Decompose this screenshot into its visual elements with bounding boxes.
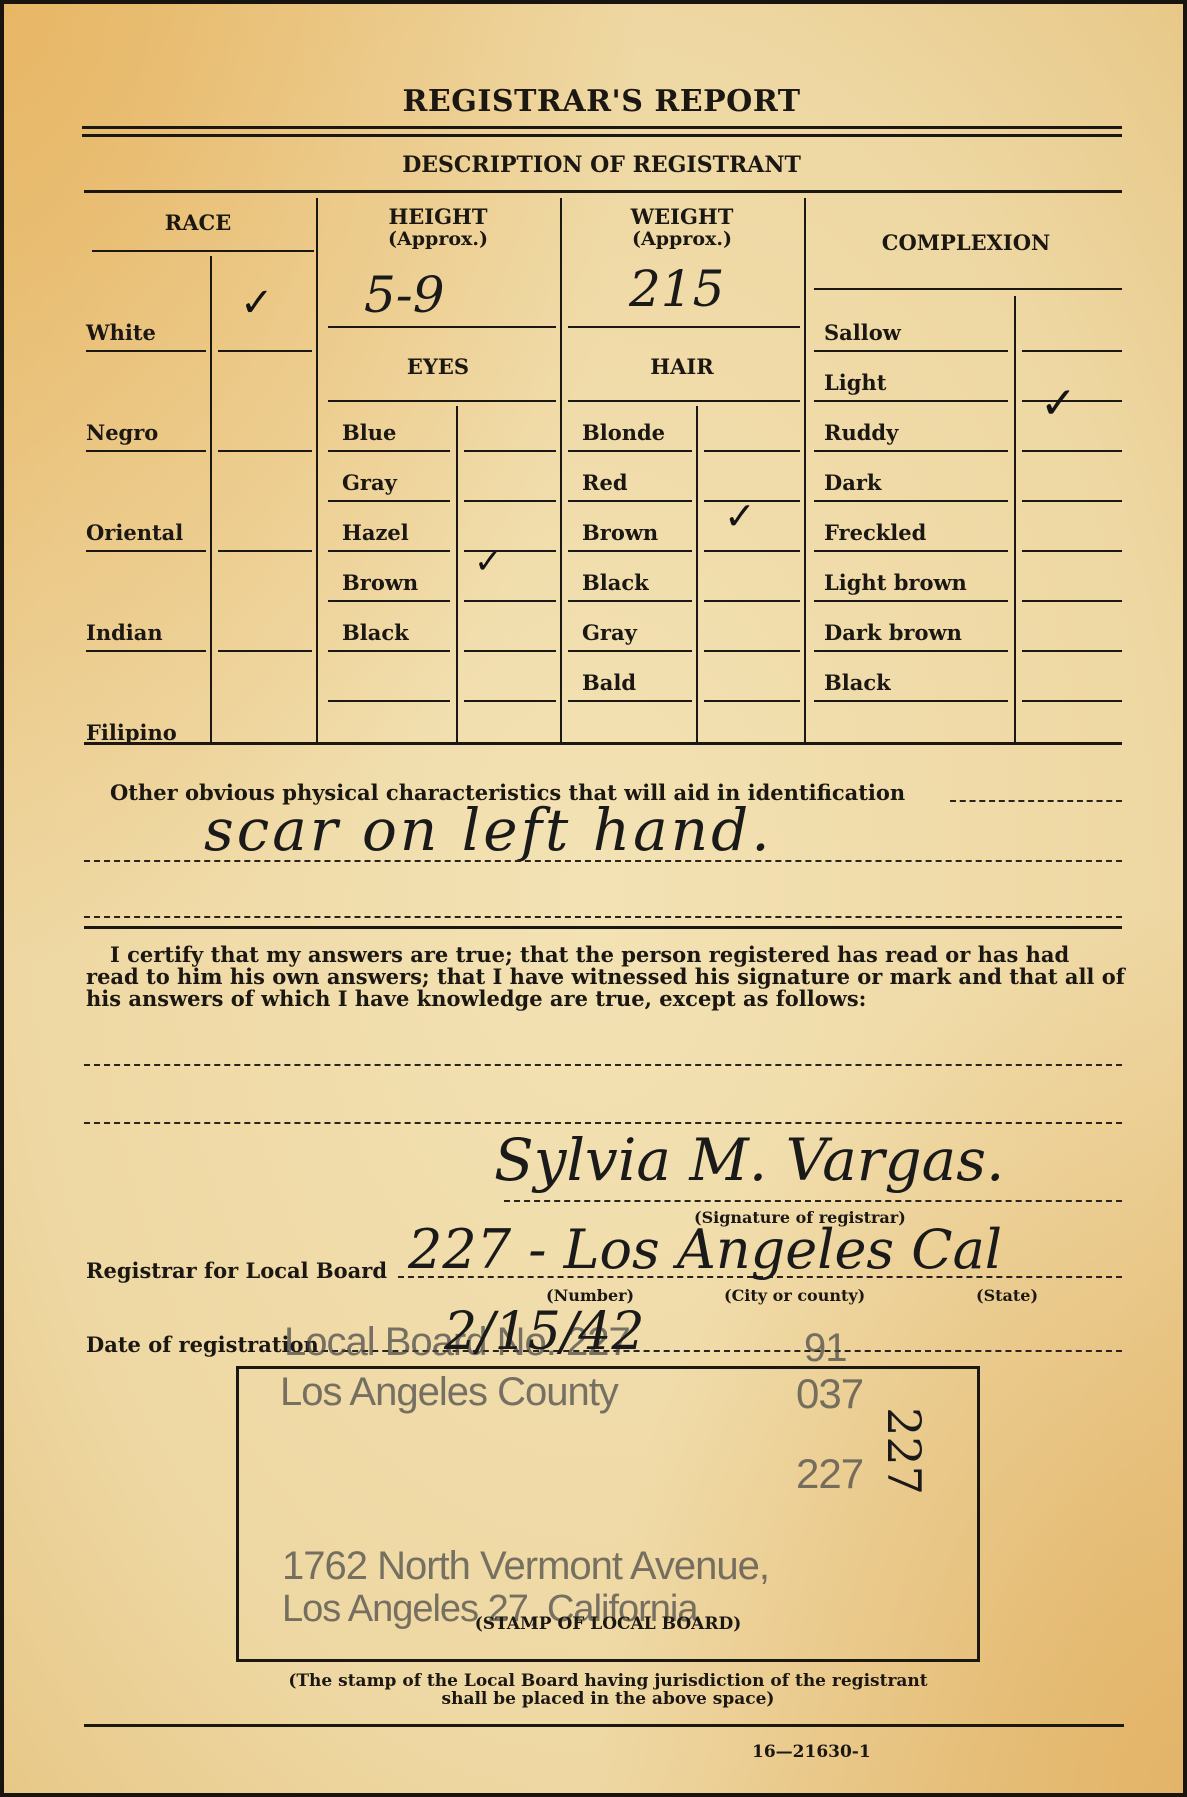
hair-blonde-checkbox[interactable]	[704, 450, 800, 452]
eyes-gray-checkbox[interactable]	[464, 500, 556, 502]
complexion-light-brown-checkbox[interactable]	[1022, 600, 1122, 602]
complexion-sallow-checkbox[interactable]	[1022, 350, 1122, 352]
stamp-address-1: 1762 North Vermont Avenue,	[282, 1544, 769, 1589]
race-option-white: White	[86, 320, 156, 345]
hair-brown-checkbox[interactable]: ✓	[724, 494, 756, 538]
complexion-option-sallow: Sallow	[824, 320, 901, 345]
local-board-input[interactable]: 227 - Los Angeles Cal	[408, 1218, 1002, 1281]
characteristics-dash-2	[84, 860, 1122, 862]
stamp-code-037: 037	[796, 1370, 863, 1418]
height-value[interactable]: 5-9	[364, 266, 445, 324]
complexion-option-dark: Dark	[824, 470, 881, 495]
race-row-rule	[86, 450, 206, 452]
table-top-rule	[84, 190, 1122, 193]
hair-header: HAIR	[564, 356, 800, 378]
eyes-row-rule	[328, 450, 450, 452]
eyes-check-rule	[464, 600, 556, 602]
weight-header: WEIGHT (Approx.)	[564, 206, 800, 250]
eyes-check-rule	[464, 700, 556, 702]
race-header-rule	[92, 250, 314, 252]
local-board-city-caption: (City or county)	[724, 1286, 865, 1305]
height-header-sub: (Approx.)	[320, 228, 556, 250]
title-rule-1	[82, 126, 1122, 129]
complexion-black-checkbox[interactable]	[1022, 700, 1122, 702]
complexion-row-rule	[814, 550, 1008, 552]
stamp-note-line-2: shall be placed in the above space)	[236, 1690, 980, 1708]
complexion-option-light-brown: Light brown	[824, 570, 967, 595]
complexion-option-ruddy: Ruddy	[824, 420, 898, 445]
race-check-divider	[210, 256, 212, 742]
complexion-row-rule	[814, 650, 1008, 652]
race-header: RACE	[84, 212, 312, 234]
race-row-rule	[86, 550, 206, 552]
hair-gray-checkbox[interactable]	[704, 650, 800, 652]
complexion-option-light: Light	[824, 370, 886, 395]
table-bottom-rule	[84, 742, 1122, 745]
hair-bald-checkbox[interactable]	[704, 700, 800, 702]
hair-black-checkbox[interactable]	[704, 600, 800, 602]
complexion-row-rule	[814, 500, 1008, 502]
complexion-option-freckled: Freckled	[824, 520, 926, 545]
hair-row-rule	[568, 650, 692, 652]
hair-row-rule	[568, 550, 692, 552]
characteristics-dash-3	[84, 916, 1122, 918]
race-white-checkbox[interactable]: ✓	[240, 280, 274, 326]
complexion-row-rule	[814, 450, 1008, 452]
eyes-header-rule	[328, 400, 556, 402]
title-rule-2	[82, 134, 1122, 137]
race-check-rule	[218, 350, 312, 352]
stamp-code-227: 227	[796, 1450, 863, 1498]
stamp-handwritten-code: 227	[877, 1407, 931, 1495]
stamp-county: Los Angeles County	[280, 1370, 618, 1415]
hair-header-rule	[568, 400, 800, 402]
race-option-negro: Negro	[86, 420, 158, 445]
stamp-note-line-1: (The stamp of the Local Board having jur…	[236, 1672, 980, 1690]
characteristics-input[interactable]: scar on left hand.	[204, 796, 773, 864]
eyes-check-divider	[456, 406, 458, 742]
hair-row-rule	[568, 450, 692, 452]
exceptions-line-1[interactable]	[84, 1064, 1122, 1066]
footer-rule	[84, 1724, 1124, 1727]
race-negro-checkbox[interactable]	[218, 450, 312, 452]
complexion-row-rule	[814, 600, 1008, 602]
local-board-state-caption: (State)	[976, 1286, 1038, 1305]
complexion-check-divider	[1014, 296, 1016, 742]
weight-header-label: WEIGHT	[631, 204, 734, 229]
stamp-caption: (STAMP OF LOCAL BOARD)	[236, 1614, 980, 1634]
eyes-black-checkbox[interactable]	[464, 650, 556, 652]
complexion-option-black: Black	[824, 670, 891, 695]
stamp-note: (The stamp of the Local Board having jur…	[236, 1672, 980, 1708]
weight-header-sub: (Approx.)	[564, 228, 800, 250]
col-divider-race	[316, 198, 318, 742]
certification-text: I certify that my answers are true; that…	[86, 944, 1126, 1010]
height-header: HEIGHT (Approx.)	[320, 206, 556, 250]
hair-option-red: Red	[582, 470, 628, 495]
eyes-brown-checkbox[interactable]: ✓	[474, 542, 503, 582]
hair-row-rule	[568, 700, 692, 702]
eyes-row-rule	[328, 500, 450, 502]
complexion-dark-brown-checkbox[interactable]	[1022, 650, 1122, 652]
eyes-row-rule	[328, 650, 450, 652]
complexion-freckled-checkbox[interactable]	[1022, 550, 1122, 552]
race-option-oriental: Oriental	[86, 520, 183, 545]
page-title: REGISTRAR'S REPORT	[4, 84, 1183, 119]
eyes-row-rule	[328, 700, 450, 702]
hair-row-rule	[568, 600, 692, 602]
complexion-option-dark-brown: Dark brown	[824, 620, 962, 645]
characteristics-bottom-rule	[84, 926, 1122, 929]
hair-option-black: Black	[582, 570, 649, 595]
complexion-ruddy-checkbox[interactable]: ✓	[1040, 378, 1077, 429]
eyes-row-rule	[328, 600, 450, 602]
weight-value[interactable]: 215	[629, 260, 724, 318]
hair-row-rule	[568, 500, 692, 502]
race-oriental-checkbox[interactable]	[218, 550, 312, 552]
hair-option-gray: Gray	[582, 620, 637, 645]
race-option-indian: Indian	[86, 620, 163, 645]
eyes-blue-checkbox[interactable]	[464, 450, 556, 452]
col-divider-height	[560, 198, 562, 742]
weight-rule	[568, 326, 800, 328]
form-number: 16—21630-1	[752, 1742, 871, 1762]
hair-option-bald: Bald	[582, 670, 636, 695]
complexion-dark-checkbox[interactable]	[1022, 500, 1122, 502]
eyes-option-hazel: Hazel	[342, 520, 409, 545]
col-divider-weight	[804, 198, 806, 742]
hair-check-rule	[704, 550, 800, 552]
hair-option-brown: Brown	[582, 520, 658, 545]
eyes-header: EYES	[320, 356, 556, 378]
complexion-check-rule	[1022, 450, 1122, 452]
eyes-option-blue: Blue	[342, 420, 396, 445]
race-row-rule	[86, 350, 206, 352]
height-rule	[328, 326, 556, 328]
hair-check-divider	[696, 406, 698, 742]
complexion-header-rule	[814, 288, 1122, 290]
eyes-option-black: Black	[342, 620, 409, 645]
local-board-label: Registrar for Local Board	[86, 1260, 387, 1282]
hair-option-blonde: Blonde	[582, 420, 665, 445]
eyes-option-brown: Brown	[342, 570, 418, 595]
eyes-row-rule	[328, 550, 450, 552]
race-indian-checkbox[interactable]	[218, 650, 312, 652]
eyes-option-gray: Gray	[342, 470, 397, 495]
race-row-rule	[86, 650, 206, 652]
signature-line	[504, 1200, 1122, 1202]
stamp-code-91: 91	[804, 1326, 847, 1371]
height-header-label: HEIGHT	[388, 204, 487, 229]
complexion-header: COMPLEXION	[810, 232, 1122, 254]
exceptions-line-2[interactable]	[84, 1122, 1122, 1124]
registrar-signature[interactable]: Sylvia M. Vargas.	[494, 1126, 1004, 1194]
registrar-report-card: REGISTRAR'S REPORT DESCRIPTION OF REGIST…	[4, 4, 1183, 1793]
characteristics-dash-1	[950, 800, 1122, 802]
date-input[interactable]: 2/15/42	[444, 1302, 644, 1362]
complexion-row-rule	[814, 400, 1008, 402]
section-title: DESCRIPTION OF REGISTRANT	[4, 152, 1183, 178]
complexion-row-rule	[814, 700, 1008, 702]
complexion-row-rule	[814, 350, 1008, 352]
